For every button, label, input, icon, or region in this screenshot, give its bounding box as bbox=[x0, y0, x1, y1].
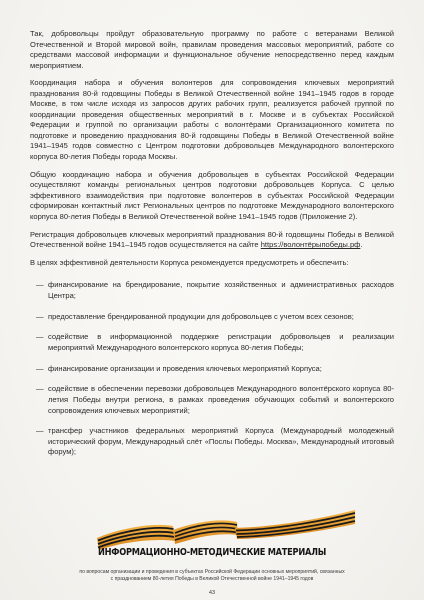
document-page: Так, добровольцы пройдут образовательную… bbox=[0, 0, 424, 600]
list-item: —финансирование на брендирование, покрыт… bbox=[30, 280, 394, 301]
dash-bullet-icon: — bbox=[36, 426, 44, 437]
list-item: —содействие в информационной поддержке р… bbox=[30, 332, 394, 353]
dash-bullet-icon: — bbox=[36, 332, 44, 343]
dash-bullet-icon: — bbox=[36, 364, 44, 375]
paragraph-registration: Регистрация добровольцев ключевых меропр… bbox=[30, 230, 394, 251]
body-text: Так, добровольцы пройдут образовательную… bbox=[30, 29, 394, 468]
paragraph-recommendations-intro: В целях эффективной деятельности Корпуса… bbox=[30, 258, 394, 269]
footer-title: ИНФОРМАЦИОННО-МЕТОДИЧЕСКИЕ МАТЕРИАЛЫ bbox=[30, 547, 395, 558]
list-item: —содействие в обеспечении перевозки добр… bbox=[30, 384, 394, 416]
list-item-text: финансирование организации и проведения … bbox=[48, 364, 322, 373]
paragraph-regional-coordination: Общую координацию набора и обучения добр… bbox=[30, 170, 394, 223]
page-number: 43 bbox=[0, 590, 424, 596]
list-item-text: трансфер участников федеральных мероприя… bbox=[48, 426, 394, 456]
list-item: —трансфер участников федеральных меропри… bbox=[30, 426, 394, 458]
dash-bullet-icon: — bbox=[36, 312, 44, 323]
dash-bullet-icon: — bbox=[36, 280, 44, 291]
recommendations-list: —финансирование на брендирование, покрыт… bbox=[30, 280, 394, 458]
list-item-text: содействие в информационной поддержке ре… bbox=[48, 332, 394, 352]
dash-bullet-icon: — bbox=[36, 384, 44, 395]
registration-link[interactable]: https://волонтёрыпобеды.рф bbox=[261, 240, 361, 249]
footer-subtitle: по вопросам организации и проведения в с… bbox=[20, 569, 404, 584]
list-item: —предоставление брендированной продукции… bbox=[30, 312, 394, 323]
st-george-ribbon-icon bbox=[95, 508, 357, 550]
list-item-text: предоставление брендированной продукции … bbox=[48, 312, 354, 321]
paragraph-training: Так, добровольцы пройдут образовательную… bbox=[30, 29, 394, 71]
footer-subtitle-line2: с празднованием 80-летия Победы в Велико… bbox=[20, 576, 404, 583]
list-item: —финансирование организации и проведения… bbox=[30, 364, 394, 375]
paragraph-moscow-coordination: Координация набора и обучения волонтеров… bbox=[30, 78, 394, 162]
list-item-text: содействие в обеспечении перевозки добро… bbox=[48, 384, 394, 414]
registration-suffix: . bbox=[360, 240, 362, 249]
list-item-text: финансирование на брендирование, покрыти… bbox=[48, 280, 394, 300]
